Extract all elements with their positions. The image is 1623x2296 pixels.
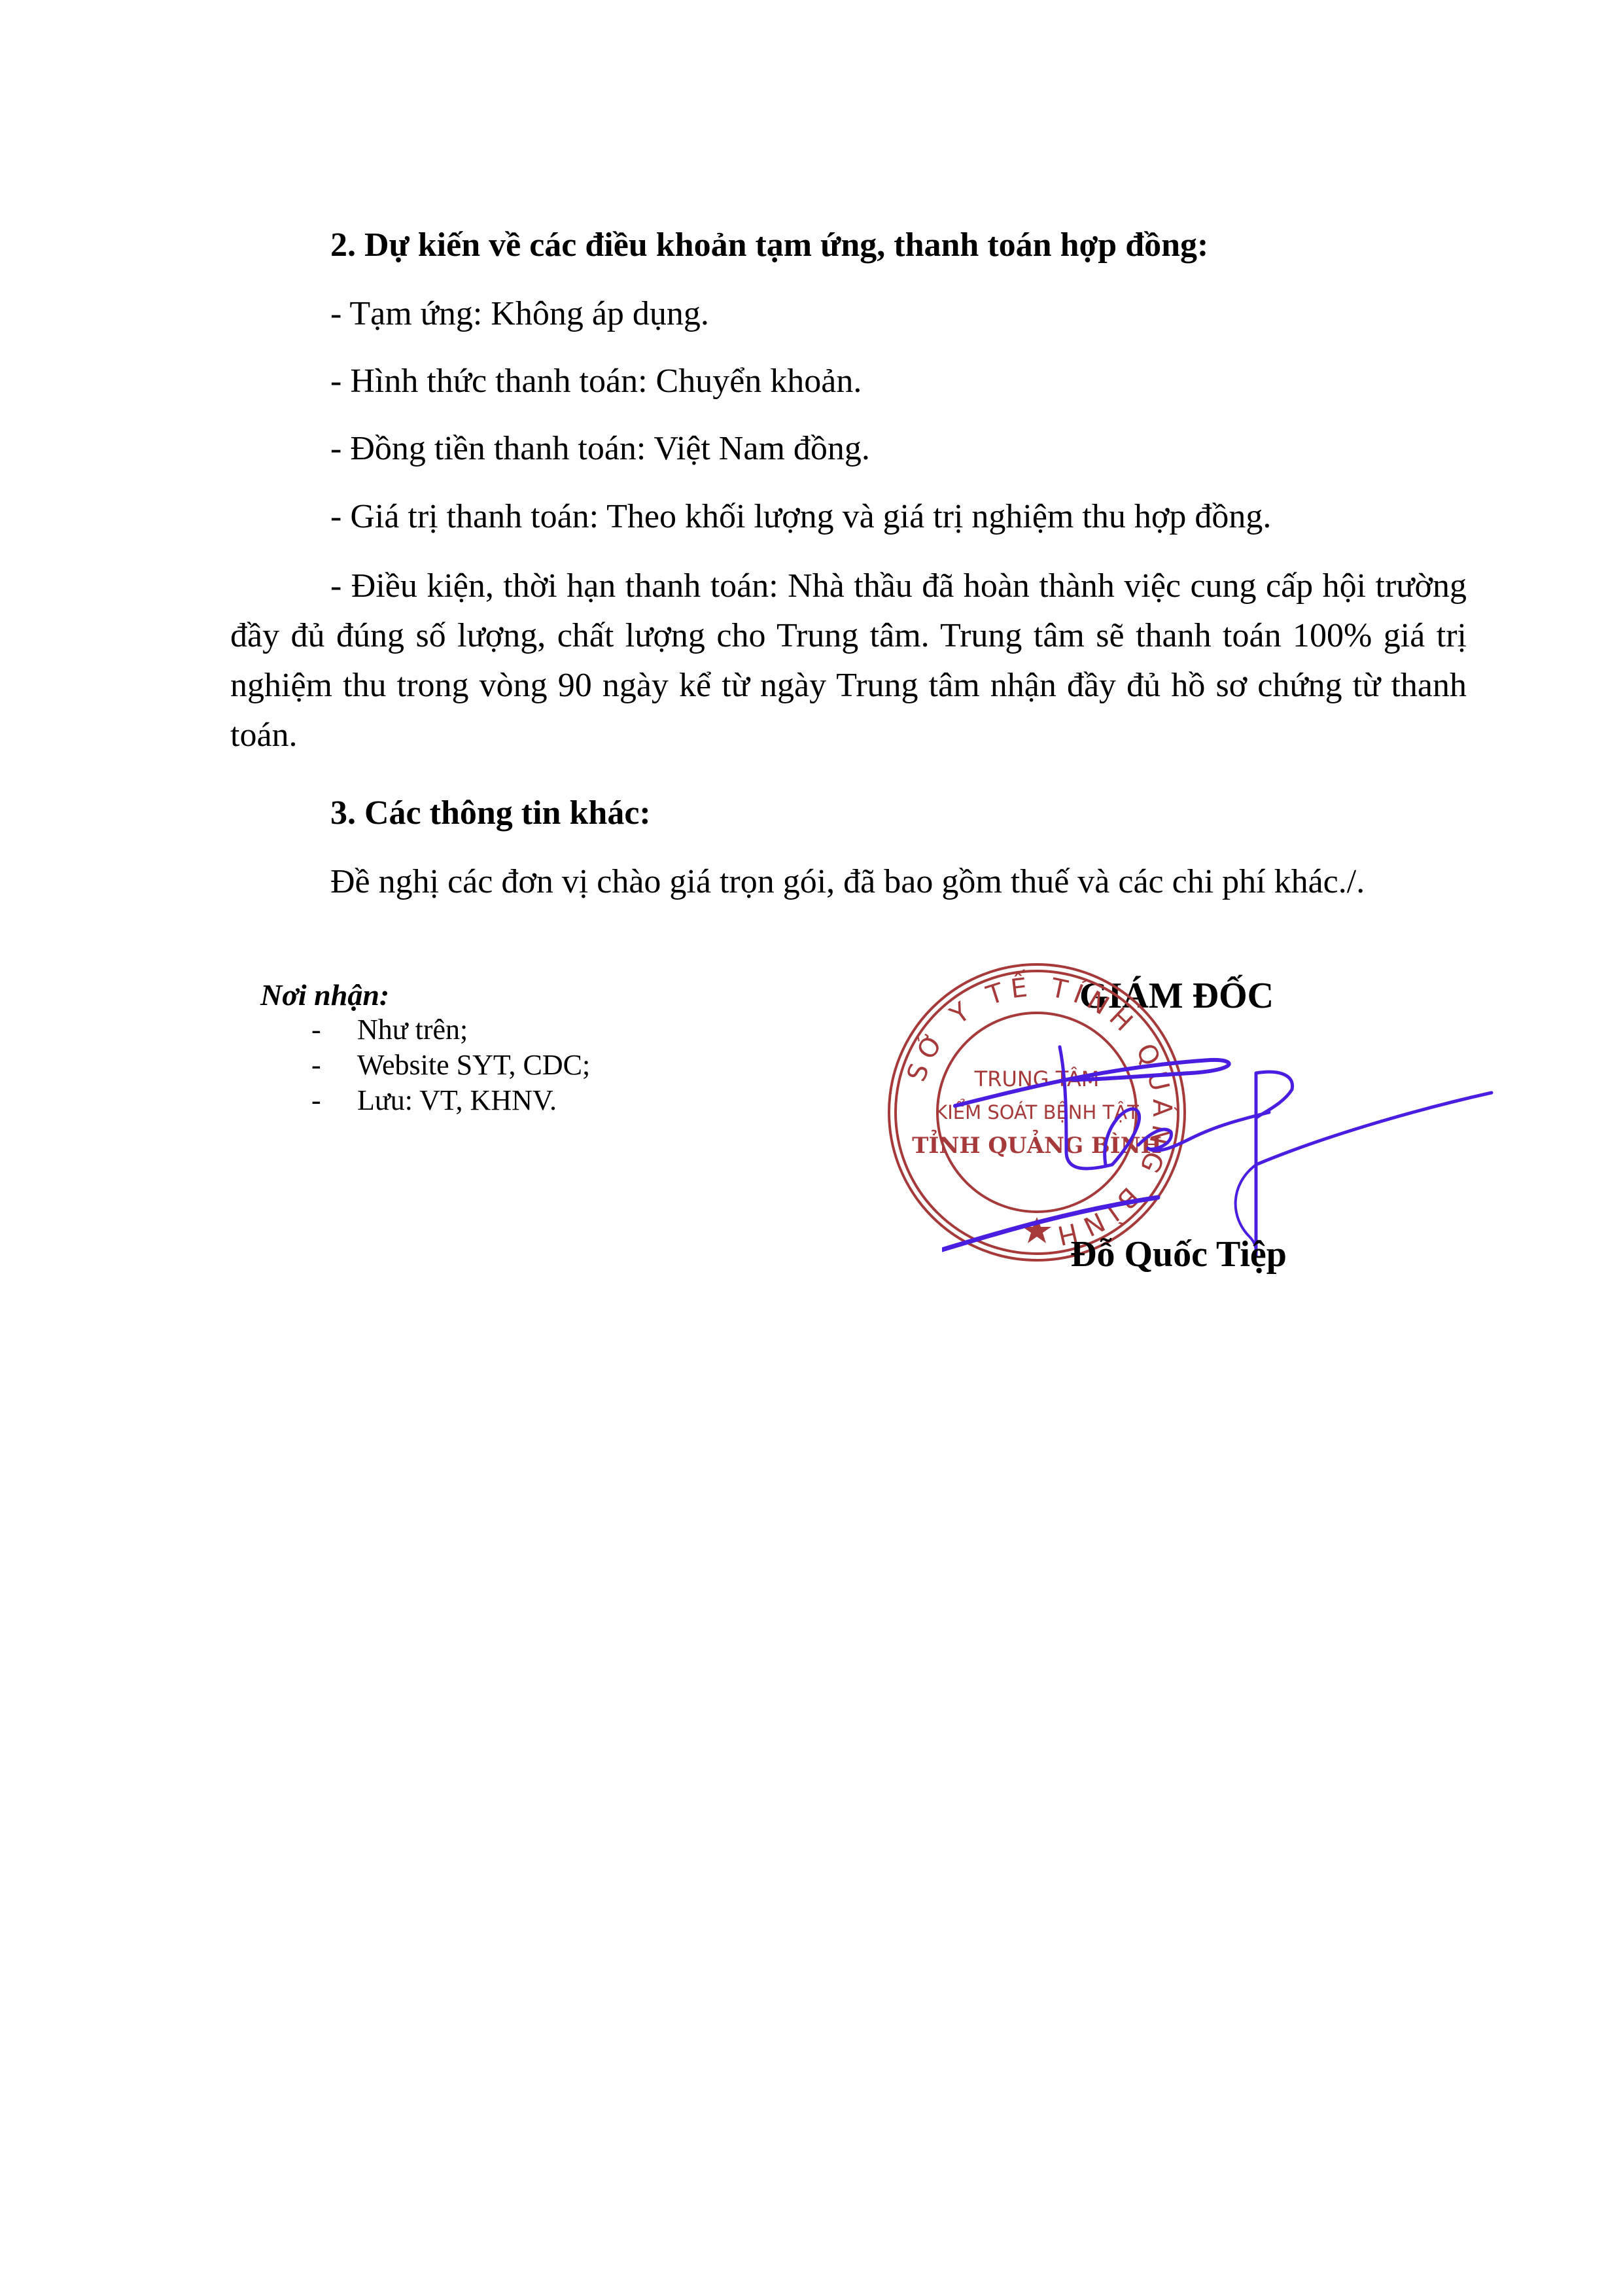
payment-method-item: - Hình thức thanh toán: Chuyển khoản. xyxy=(330,362,862,401)
section-2-heading: 2. Dự kiến về các điều khoản tạm ứng, th… xyxy=(330,226,1208,265)
recipients-block: Nơi nhận: -Như trên; -Website SYT, CDC; … xyxy=(260,978,590,1118)
advance-payment-item: - Tạm ứng: Không áp dụng. xyxy=(330,294,709,334)
recipients-title: Nơi nhận: xyxy=(260,978,590,1012)
payment-currency-item: - Đồng tiền thanh toán: Việt Nam đồng. xyxy=(330,429,870,468)
recipient-item: -Như trên; xyxy=(260,1012,590,1048)
payment-value-item: - Giá trị thanh toán: Theo khối lượng và… xyxy=(330,497,1271,537)
handwritten-signature-icon xyxy=(942,1040,1505,1256)
payment-conditions-paragraph: - Điều kiện, thời hạn thanh toán: Nhà th… xyxy=(230,561,1467,760)
recipient-item: -Website SYT, CDC; xyxy=(260,1048,590,1083)
recipient-item: -Lưu: VT, KHNV. xyxy=(260,1083,590,1118)
recipients-list: -Như trên; -Website SYT, CDC; -Lưu: VT, … xyxy=(260,1012,590,1118)
signer-name: Đỗ Quốc Tiệp xyxy=(1070,1233,1287,1275)
document-page: 2. Dự kiến về các điều khoản tạm ứng, th… xyxy=(0,0,1623,2296)
other-info-text: Đề nghị các đơn vị chào giá trọn gói, đã… xyxy=(330,862,1365,902)
section-3-heading: 3. Các thông tin khác: xyxy=(330,794,651,833)
